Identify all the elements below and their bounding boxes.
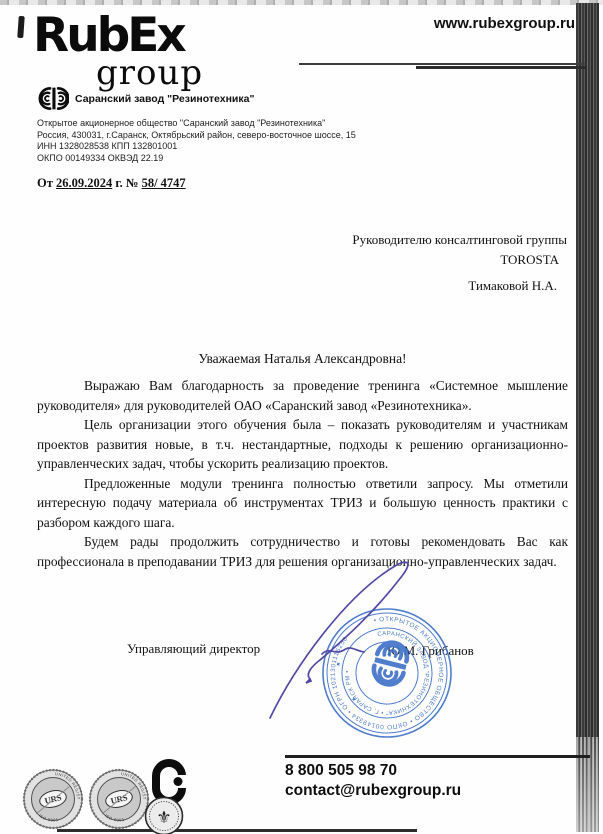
handwritten-signature <box>252 550 442 735</box>
phone-number: 8 800 505 98 70 <box>285 762 397 780</box>
company-requisites-line: ИНН 1328028538 КПП 132801001 <box>37 141 356 153</box>
addressee-role: Руководителю консалтинговой группы <box>307 230 567 250</box>
letter-body: Выражаю Вам благодарность за проведение … <box>37 376 568 571</box>
org-row: Саранский завод "Резинотехника" <box>27 85 254 112</box>
signer-title: Управляющий директор <box>127 641 260 657</box>
rubex-emblem-icon <box>27 85 69 112</box>
header-rule <box>299 63 586 65</box>
paragraph: Предложенные модули тренинга полностью о… <box>37 474 568 533</box>
reference-line: От 26.09.2024 г. № 58/ 4747 <box>37 176 186 191</box>
ref-date: 26.09.2024 <box>56 176 112 190</box>
contact-email: contact@rubexgroup.ru <box>285 782 461 800</box>
org-name-label: Саранский завод "Резинотехника" <box>75 93 254 105</box>
company-requisites-line: Открытое акционерное общество "Саранский… <box>37 118 356 130</box>
addressee-person: Тимаковой Н.А. <box>307 276 567 296</box>
addressee-company: TOROSTA <box>307 250 567 270</box>
paragraph: Выражаю Вам благодарность за проведение … <box>37 376 568 415</box>
addressee-block: Руководителю консалтинговой группы TOROS… <box>307 230 567 296</box>
scan-noise-top <box>0 0 603 5</box>
website-url: www.rubexgroup.ru <box>434 15 575 32</box>
company-requisites: Открытое акционерное общество "Саранский… <box>37 118 356 164</box>
header-rule-thick <box>416 66 586 69</box>
scan-speck <box>17 16 25 38</box>
company-requisites-line: Россия, 430031, г.Саранск, Октябрьский р… <box>37 130 356 142</box>
paragraph: Цель организации этого обучения была – п… <box>37 415 568 474</box>
svg-text:⚜: ⚜ <box>156 808 171 827</box>
urs-certification-seal-icon: UNITED REGISTRAR OF SYSTEMS ISO 9001 URS <box>88 768 150 834</box>
footer-rule <box>285 755 590 758</box>
ref-prefix: От <box>37 176 53 190</box>
ornate-round-seal-icon: ⚜ <box>144 796 184 834</box>
scanned-letter-page: RubEx group Саранский завод "Резинотехни… <box>0 0 603 834</box>
salutation: Уважаемая Наталья Александровна! <box>37 351 568 367</box>
rubex-logo-text: RubEx <box>33 12 184 59</box>
urs-certification-seal-icon: UNITED REGISTRAR OF SYSTEMS ISO 9001 URS <box>22 768 84 834</box>
company-requisites-line: ОКПО 00149334 ОКВЭД 22.19 <box>37 153 356 165</box>
ref-number: 58/ 4747 <box>142 176 186 190</box>
ref-middle: г. № <box>115 176 138 190</box>
scan-edge-strip <box>576 3 599 832</box>
